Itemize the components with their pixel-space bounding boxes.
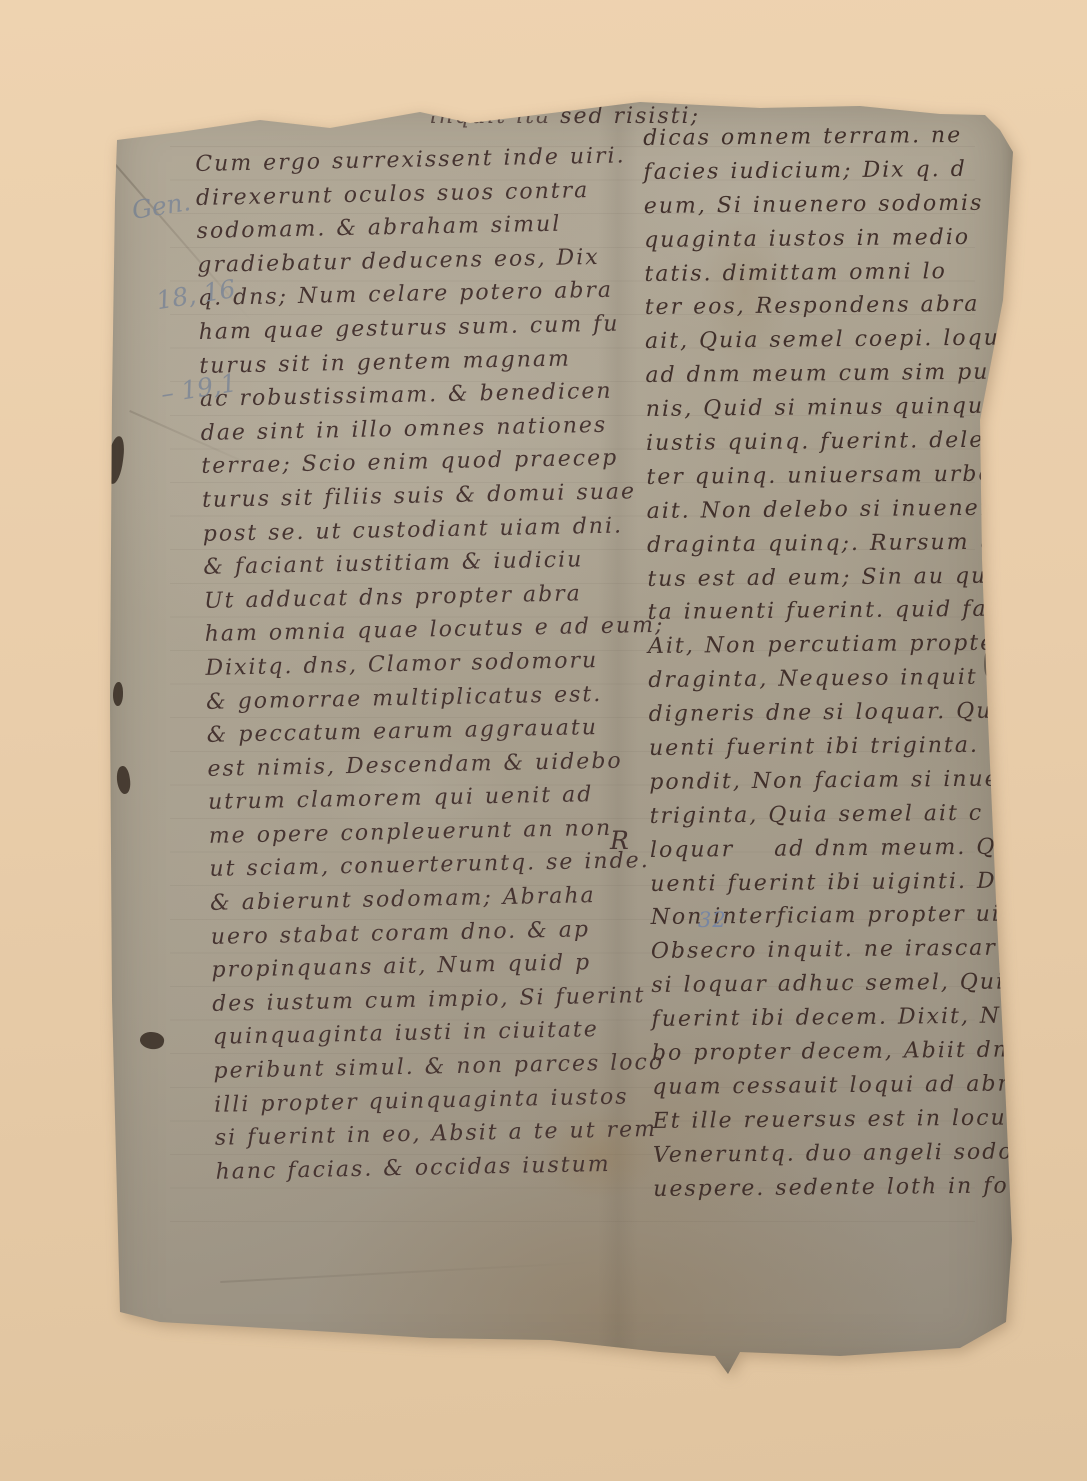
manuscript-photograph: { "page": { "background_color": "#e9cdaa… [0,0,1087,1481]
edge-shading [100,90,1015,1380]
parchment-surface: inquit ita sed risisti; Cum ergo surrexi… [100,90,1015,1380]
parchment-leaf: inquit ita sed risisti; Cum ergo surrexi… [100,90,1015,1380]
